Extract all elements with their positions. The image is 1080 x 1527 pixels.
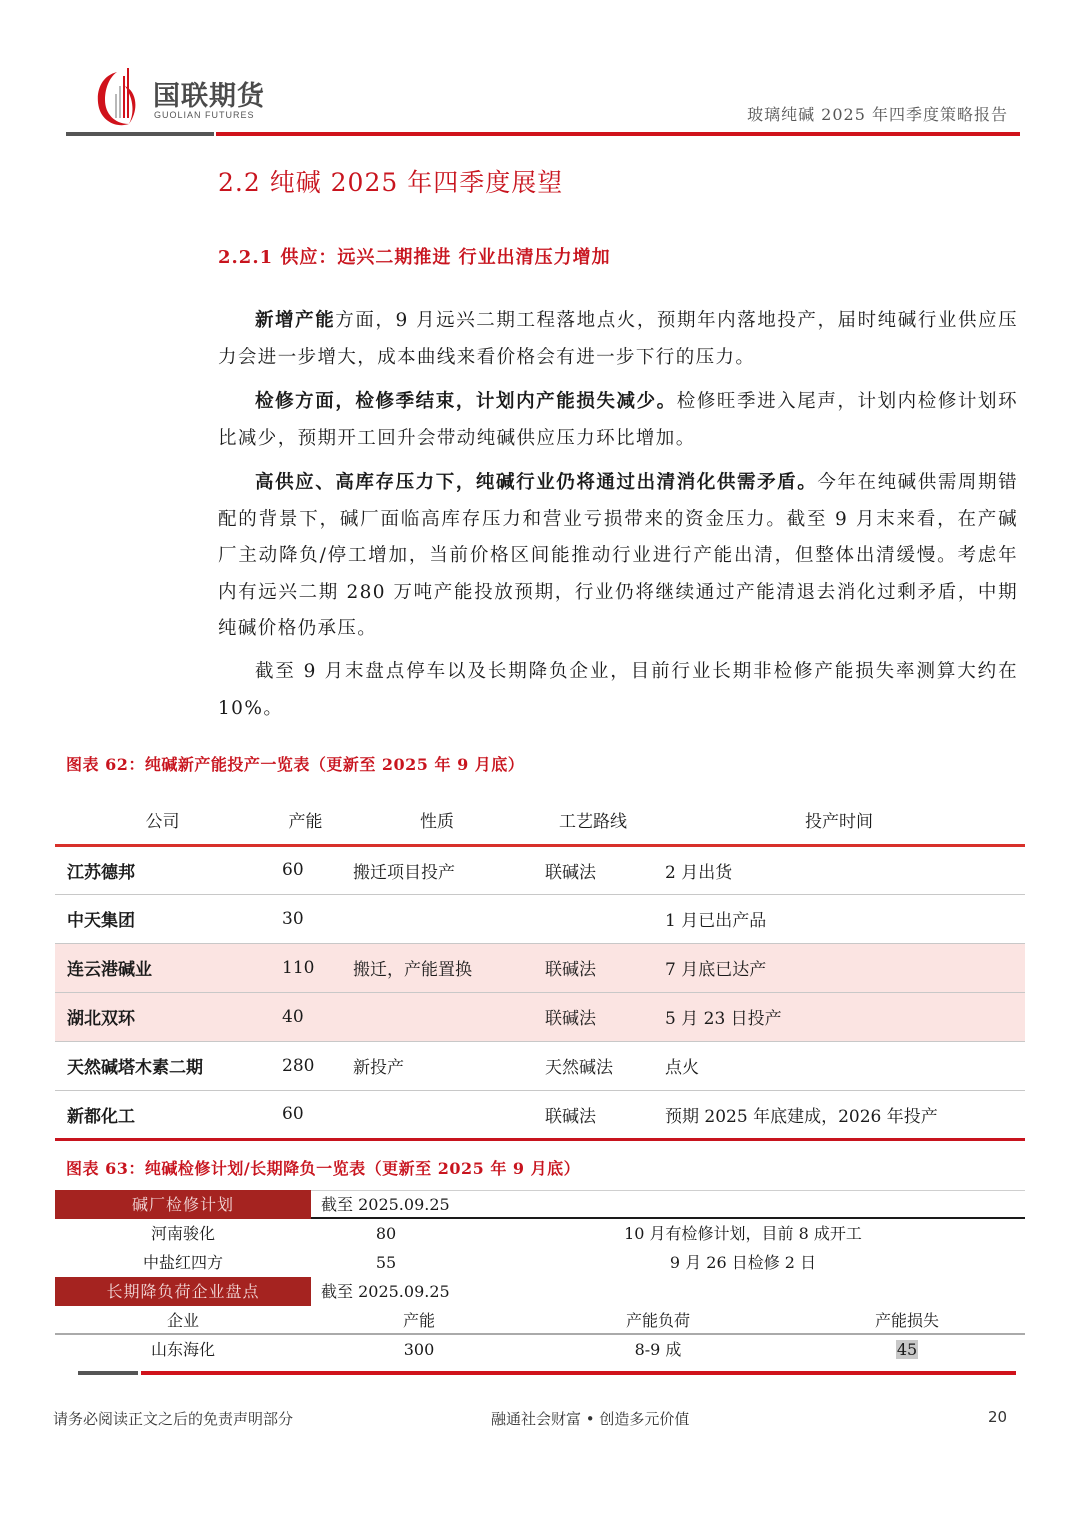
col-nature: 性质 — [341, 795, 533, 845]
footer-disclaimer: 请务必阅读正文之后的免责声明部分 — [53, 1408, 293, 1429]
col-company: 公司 — [55, 795, 270, 845]
long-term-header-row: 企业 产能 产能负荷 产能损失 — [55, 1306, 1025, 1335]
col-time: 投产时间 — [653, 795, 1025, 845]
footer-divider — [66, 1371, 1016, 1376]
header-divider — [66, 132, 1020, 137]
maintenance-section-header: 碱厂检修计划 截至 2025.09.25 — [55, 1190, 1025, 1219]
capacity-loss-value: 45 — [896, 1340, 918, 1359]
figure-62-caption: 图表 62：纯碱新产能投产一览表（更新至 2025 年 9 月底） — [66, 752, 524, 775]
long-term-date: 截至 2025.09.25 — [321, 1277, 450, 1306]
page-header: 国联期货 GUOLIAN FUTURES 玻璃纯碱 2025 年四季度策略报告 — [0, 0, 1080, 140]
maintenance-table: 碱厂检修计划 截至 2025.09.25 河南骏化 80 10 月有检修计划，目… — [55, 1190, 1025, 1364]
company-logo: 国联期货 GUOLIAN FUTURES — [95, 66, 285, 128]
table-row: 中盐红四方 55 9 月 26 日检修 2 日 — [55, 1248, 1025, 1277]
new-capacity-table: 公司 产能 性质 工艺路线 投产时间 江苏德邦 60 搬迁项目投产 联碱法 2 … — [55, 795, 1025, 1141]
figure-63-caption: 图表 63：纯碱检修计划/长期降负一览表（更新至 2025 年 9 月底） — [66, 1156, 580, 1179]
paragraph-loss-rate: 截至 9 月末盘点停车以及长期降负企业，目前行业长期非检修产能损失率测算大约在 … — [218, 654, 1018, 727]
guolian-logo-icon — [95, 66, 139, 128]
logo-text-en: GUOLIAN FUTURES — [154, 110, 255, 120]
table-row: 中天集团 30 1 月已出产品 — [55, 894, 1025, 943]
maintenance-label: 碱厂检修计划 — [55, 1190, 311, 1219]
col-process: 工艺路线 — [533, 795, 653, 845]
page-number: 20 — [988, 1408, 1007, 1426]
paragraph-new-capacity: 新增产能方面，9 月远兴二期工程落地点火，预期年内落地投产，届时纯碱行业供应压力… — [218, 303, 1018, 376]
paragraph-maintenance: 检修方面，检修季结束，计划内产能损失减少。检修旺季进入尾声，计划内检修计划环比减… — [218, 384, 1018, 457]
table-row: 山东海化 300 8-9 成 45 — [55, 1335, 1025, 1364]
table-row-highlighted: 湖北双环 40 联碱法 5 月 23 日投产 — [55, 992, 1025, 1041]
table-row: 天然碱塔木素二期 280 新投产 天然碱法 点火 — [55, 1041, 1025, 1090]
table-row: 江苏德邦 60 搬迁项目投产 联碱法 2 月出货 — [55, 845, 1025, 894]
table-header-row: 公司 产能 性质 工艺路线 投产时间 — [55, 795, 1025, 845]
logo-text-cn: 国联期货 — [153, 74, 265, 113]
table-row-highlighted: 连云港碱业 110 搬迁，产能置换 联碱法 7 月底已达产 — [55, 943, 1025, 992]
long-term-section-header: 长期降负荷企业盘点 截至 2025.09.25 — [55, 1277, 1025, 1306]
paragraph-clearance: 高供应、高库存压力下，纯碱行业仍将通过出清消化供需矛盾。今年在纯碱供需周期错配的… — [218, 465, 1018, 648]
subsection-heading: 2.2.1 供应：远兴二期推进 行业出清压力增加 — [218, 243, 611, 269]
report-title: 玻璃纯碱 2025 年四季度策略报告 — [747, 102, 1008, 125]
table-row: 河南骏化 80 10 月有检修计划，目前 8 成开工 — [55, 1219, 1025, 1248]
maintenance-date: 截至 2025.09.25 — [321, 1190, 450, 1219]
section-heading: 2.2 纯碱 2025 年四季度展望 — [218, 163, 563, 199]
long-term-label: 长期降负荷企业盘点 — [55, 1277, 311, 1306]
footer-slogan: 融通社会财富 • 创造多元价值 — [491, 1408, 689, 1429]
table-row: 新都化工 60 联碱法 预期 2025 年底建成，2026 年投产 — [55, 1090, 1025, 1139]
col-capacity: 产能 — [270, 795, 341, 845]
